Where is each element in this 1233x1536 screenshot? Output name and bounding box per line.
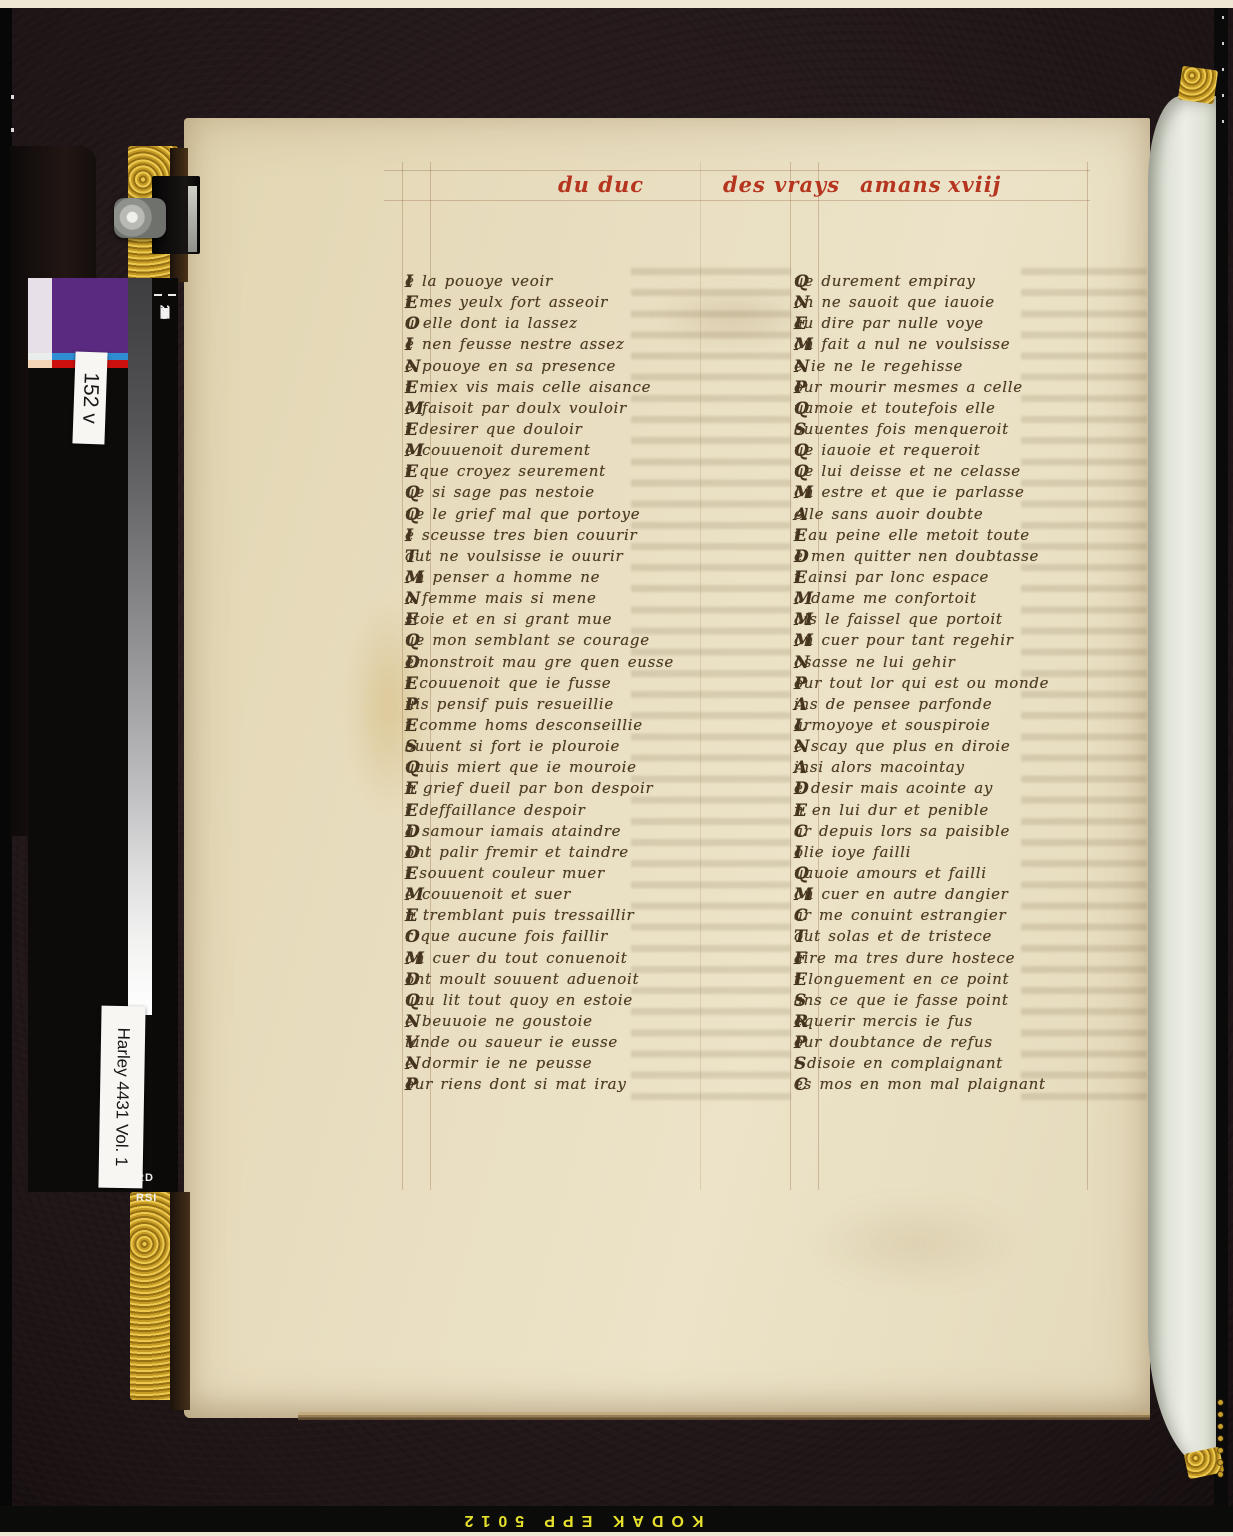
- line-text: a samour iamais ataindre: [405, 822, 621, 840]
- manuscript-line: Que le grief mal que portoye: [405, 505, 735, 526]
- line-text: uis pensif puis resueillie: [405, 695, 614, 713]
- manuscript-line: Et comme homs desconseillie: [405, 716, 735, 737]
- line-text: ont palir fremir et taindre: [405, 843, 629, 861]
- manuscript-line: Ie la pouoye veoir: [405, 272, 735, 293]
- line-text: e la pouoye veoir: [405, 272, 553, 290]
- line-text: ue lui deisse et ne celasse: [794, 462, 1021, 480]
- gilt-dot: [1218, 1460, 1223, 1465]
- film-stock-label: KODAK EPP 5012: [370, 1508, 790, 1532]
- line-text: ins de pensee parfonde: [794, 695, 992, 713]
- text-column-left: Ie la pouoye veoirEt mes yeulx fort asse…: [405, 272, 735, 1098]
- gilt-dot: [1218, 1448, 1223, 1453]
- page-edge-stack: [298, 1412, 1150, 1428]
- manuscript-line: Que durement empiray: [794, 272, 1124, 293]
- manuscript-line: Et desirer que douloir: [405, 420, 735, 441]
- manuscript-line: Or que aucune fois faillir: [405, 927, 735, 948]
- manuscript-line: En en lui dur et penible: [794, 801, 1124, 822]
- manuscript-line: Tout solas et de tristece: [794, 927, 1124, 948]
- line-text: t couuenoit que ie fusse: [405, 674, 611, 692]
- line-text: es mos en mon mal plaignant: [794, 1075, 1046, 1093]
- manuscript-line: Que iauoie et requeroit: [794, 441, 1124, 462]
- manuscript-line: Ces mos en mon mal plaignant: [794, 1075, 1124, 1096]
- manuscript-line: De desir mais acointe ay: [794, 779, 1124, 800]
- gilt-dot: [1218, 1400, 1223, 1405]
- manuscript-line: Estoie et en si grant mue: [405, 610, 735, 631]
- manuscript-line: Ains de pensee parfonde: [794, 695, 1124, 716]
- line-text: ue durement empiray: [794, 272, 976, 290]
- folio-number-text: 152 v: [77, 372, 103, 424]
- ruler-number: 25: [158, 304, 173, 318]
- line-text: e faisoit par doulx vouloir: [405, 399, 627, 417]
- line-text: emonstroit mau gre quen eusse: [405, 653, 674, 671]
- manuscript-line: Ainsi alors macointay: [794, 758, 1124, 779]
- text-column-right: Que durement empirayNon ne sauoit que ia…: [794, 272, 1124, 1098]
- manuscript-line: Me couuenoit et suer: [405, 885, 735, 906]
- line-text: t longuement en ce point: [794, 970, 1009, 988]
- gutter-shadow-bottom: [170, 1192, 190, 1410]
- line-text: our doubtance de refus: [794, 1033, 993, 1051]
- manuscript-line: Et que croyez seurement: [405, 462, 735, 483]
- manuscript-line: Ne dormir ie ne peusse: [405, 1054, 735, 1075]
- line-text: e dormir ie ne peusse: [405, 1054, 592, 1072]
- manuscript-line: Et miex vis mais celle aisance: [405, 378, 735, 399]
- line-text: e beuuoie ne goustoie: [405, 1012, 593, 1030]
- line-text: ue le grief mal que portoye: [405, 505, 640, 523]
- manuscript-line: Pour doubtance de refus: [794, 1033, 1124, 1054]
- gilt-dot: [1218, 1424, 1223, 1429]
- line-text: n tremblant puis tressaillir: [405, 906, 634, 924]
- line-text: a femme mais si mene: [405, 589, 597, 607]
- manuscript-line: Non ne sauoit que iauoie: [794, 293, 1124, 314]
- manuscript-line: Dont palir fremir et taindre: [405, 843, 735, 864]
- manuscript-line: En tremblant puis tressaillir: [405, 906, 735, 927]
- film-marks-right: [1222, 16, 1224, 128]
- manuscript-line: Larmoyoye et souspiroie: [794, 716, 1124, 737]
- line-text: ue si sage pas nestoie: [405, 483, 595, 501]
- line-text: n en lui dur et penible: [794, 801, 989, 819]
- line-text: armoyoye et souspiroie: [794, 716, 990, 734]
- manuscript-line: Ne beuuoie ne goustoie: [405, 1012, 735, 1033]
- line-text: uamoie et toutefois elle: [794, 399, 996, 417]
- manuscript-line: En grief dueil par bon despoir: [405, 779, 735, 800]
- manuscript-line: Mon cuer en autre dangier: [794, 885, 1124, 906]
- line-text: elle sans auoir doubte: [794, 505, 983, 523]
- line-text: r que aucune fois faillir: [405, 927, 608, 945]
- manuscript-line: Ie sceusse tres bien couurir: [405, 526, 735, 547]
- color-calibration-bar: 1234567891011121314151617181920212223242…: [28, 278, 178, 1192]
- ruling-line-horizontal: [384, 170, 1090, 171]
- manuscript-line: Quau lit tout quoy en estoie: [405, 991, 735, 1012]
- line-text: t que croyez seurement: [405, 462, 606, 480]
- facing-folios-edge: [1148, 96, 1216, 1472]
- manuscript-page: du ducdes vraysamansxviij Ie la pouoye v…: [184, 118, 1150, 1418]
- line-text: on estre et que ie parlasse: [794, 483, 1025, 501]
- line-text: ue mon semblant se courage: [405, 631, 650, 649]
- line-text: stoie et en si grant mue: [405, 610, 612, 628]
- line-text: au dire par nulle voye: [794, 314, 984, 332]
- manuscript-line: Que mon semblant se courage: [405, 631, 735, 652]
- manuscript-line: Ne pouoye en sa presence: [405, 357, 735, 378]
- shelfmark-text: Harley 4431 Vol. 1: [111, 1027, 133, 1166]
- manuscript-line: Pour riens dont si mat iray: [405, 1075, 735, 1096]
- line-text: aire ma tres dure hostece: [794, 949, 1015, 967]
- shelfmark-label: Harley 4431 Vol. 1: [98, 1006, 145, 1189]
- ruling-line-vertical: [402, 162, 403, 1190]
- line-text: on penser a homme ne: [405, 568, 600, 586]
- line-text: uauoie amours et failli: [794, 864, 987, 882]
- line-text: our tout lor qui est ou monde: [794, 674, 1049, 692]
- manuscript-line: Car me conuint estrangier: [794, 906, 1124, 927]
- line-text: t souuent couleur muer: [405, 864, 605, 882]
- manuscript-line: Requerir mercis ie fus: [794, 1012, 1124, 1033]
- line-text: out solas et de tristece: [794, 927, 992, 945]
- line-text: our mourir mesmes a celle: [794, 378, 1023, 396]
- gray-gradient-strip: [128, 278, 152, 1015]
- manuscript-line: Pour tout lor qui est ou monde: [794, 674, 1124, 695]
- manuscript-line: Et mes yeulx fort asseoir: [405, 293, 735, 314]
- line-text: t miex vis mais celle aisance: [405, 378, 651, 396]
- line-text: ais le faissel que portoit: [794, 610, 1003, 628]
- manuscript-line: Souuentes fois menqueroit: [794, 420, 1124, 441]
- manuscript-line: Na femme mais si mene: [405, 589, 735, 610]
- color-patch: [52, 278, 128, 353]
- line-text: n grief dueil par bon despoir: [405, 779, 653, 797]
- line-text: e men quitter nen doubtasse: [794, 547, 1039, 565]
- manuscript-line: Quauoie amours et failli: [794, 864, 1124, 885]
- line-text: e sceusse tres bien couurir: [405, 526, 637, 544]
- line-text: e ie ne le regehisse: [794, 357, 963, 375]
- line-text: t mes yeulx fort asseoir: [405, 293, 608, 311]
- manuscript-line: De men quitter nen doubtasse: [794, 547, 1124, 568]
- manuscript-line: Que lui deisse et ne celasse: [794, 462, 1124, 483]
- manuscript-line: Ma dame me confortoit: [794, 589, 1124, 610]
- manuscript-line: Et deffaillance despoir: [405, 801, 735, 822]
- line-text: uauis miert que ie mouroie: [405, 758, 637, 776]
- binder-clip: [114, 198, 166, 238]
- manuscript-line: Si disoie en complaignant: [794, 1054, 1124, 1075]
- manuscript-line: Eau dire par nulle voye: [794, 314, 1124, 335]
- gilt-dot: [1218, 1412, 1223, 1417]
- manuscript-line: Et couuenoit que ie fusse: [405, 674, 735, 695]
- manuscript-line: Mon fait a nul ne voulsisse: [794, 335, 1124, 356]
- manuscript-line: Mon estre et que ie parlasse: [794, 483, 1124, 504]
- manuscript-line: Quauis miert que ie mouroie: [405, 758, 735, 779]
- header-rubric-2: amans: [860, 172, 942, 202]
- manuscript-line: Et longuement en ce point: [794, 970, 1124, 991]
- ruler-scale: 1234567891011121314151617181920212223242…: [152, 278, 178, 1192]
- manuscript-line: Ie nen feusse nestre assez: [405, 335, 735, 356]
- line-text: on cuer pour tant regehir: [794, 631, 1014, 649]
- line-text: out ne voulsisse ie ouurir: [405, 547, 623, 565]
- header-rubric-1: des vrays: [723, 172, 840, 202]
- manuscript-line: Et ainsi par lonc espace: [794, 568, 1124, 589]
- parchment-stain: [804, 1198, 1024, 1288]
- line-text: t deffaillance despoir: [405, 801, 586, 819]
- manuscript-line: Puis pensif puis resueillie: [405, 695, 735, 716]
- manuscript-line: Ou elle dont ia lassez: [405, 314, 735, 335]
- manuscript-line: Souuent si fort ie plouroie: [405, 737, 735, 758]
- manuscript-line: Aelle sans auoir doubte: [794, 505, 1124, 526]
- line-text: on fait a nul ne voulsisse: [794, 335, 1010, 353]
- manuscript-line: Ne scay que plus en diroie: [794, 737, 1124, 758]
- manuscript-line: Et au peine elle metoit toute: [794, 526, 1124, 547]
- line-text: t comme homs desconseillie: [405, 716, 643, 734]
- manuscript-line: Mon cuer pour tant regehir: [794, 631, 1124, 652]
- manuscript-line: Iolie ioye failli: [794, 843, 1124, 864]
- manuscript-line: Dont moult souuent aduenoit: [405, 970, 735, 991]
- line-text: e pouoye en sa presence: [405, 357, 616, 375]
- manuscript-photograph: du ducdes vraysamansxviij Ie la pouoye v…: [0, 0, 1233, 1536]
- line-text: olie ioye failli: [794, 843, 911, 861]
- line-text: ouuentes fois menqueroit: [794, 420, 1009, 438]
- ruling-line-vertical: [790, 162, 791, 1190]
- manuscript-line: Demonstroit mau gre quen eusse: [405, 653, 735, 674]
- line-text: a dame me confortoit: [794, 589, 977, 607]
- line-text: ont moult souuent aduenoit: [405, 970, 639, 988]
- line-text: ar me conuint estrangier: [794, 906, 1006, 924]
- manuscript-line: Mais le faissel que portoit: [794, 610, 1124, 631]
- gilt-fleck-top-right: [1178, 66, 1218, 105]
- ruler-tick: 25: [152, 294, 178, 329]
- manuscript-line: Car depuis lors sa paisible: [794, 822, 1124, 843]
- line-text: on cuer du tout conuenoit: [405, 949, 628, 967]
- manuscript-line: Nosasse ne lui gehir: [794, 653, 1124, 674]
- header-rubric-3: xviij: [948, 172, 1001, 202]
- line-text: ans ce que ie fasse point: [794, 991, 1009, 1009]
- manuscript-line: Tout ne voulsisse ie ouurir: [405, 547, 735, 568]
- line-text: uau lit tout quoy en estoie: [405, 991, 633, 1009]
- line-text: u elle dont ia lassez: [405, 314, 578, 332]
- film-edge-right: [1214, 8, 1228, 1506]
- line-text: t au peine elle metoit toute: [794, 526, 1030, 544]
- line-text: ue iauoie et requeroit: [794, 441, 980, 459]
- line-text: i disoie en complaignant: [794, 1054, 1003, 1072]
- line-text: e desir mais acointe ay: [794, 779, 993, 797]
- line-text: iande ou saueur ie eusse: [405, 1033, 618, 1051]
- line-text: e couuenoit et suer: [405, 885, 571, 903]
- manuscript-line: Quamoie et toutefois elle: [794, 399, 1124, 420]
- line-text: ouuent si fort ie plouroie: [405, 737, 620, 755]
- header-rubric-0: du duc: [558, 172, 644, 202]
- manuscript-line: Da samour iamais ataindre: [405, 822, 735, 843]
- manuscript-line: Mon penser a homme ne: [405, 568, 735, 589]
- manuscript-line: Me couuenoit durement: [405, 441, 735, 462]
- line-text: e nen feusse nestre assez: [405, 335, 624, 353]
- line-text: equerir mercis ie fus: [794, 1012, 973, 1030]
- folio-number-label: 152 v: [72, 351, 107, 444]
- manuscript-line: Me faisoit par doulx vouloir: [405, 399, 735, 420]
- line-text: insi alors macointay: [794, 758, 965, 776]
- manuscript-line: Pour mourir mesmes a celle: [794, 378, 1124, 399]
- line-text: e couuenoit durement: [405, 441, 591, 459]
- manuscript-line: Sans ce que ie fasse point: [794, 991, 1124, 1012]
- manuscript-line: Mon cuer du tout conuenoit: [405, 949, 735, 970]
- line-text: ar depuis lors sa paisible: [794, 822, 1010, 840]
- line-text: our riens dont si mat iray: [405, 1075, 627, 1093]
- clip-metal-sliver: [188, 186, 197, 252]
- manuscript-line: Viande ou saueur ie eusse: [405, 1033, 735, 1054]
- manuscript-line: Et souuent couleur muer: [405, 864, 735, 885]
- line-text: osasse ne lui gehir: [794, 653, 955, 671]
- gilt-dot: [1218, 1472, 1223, 1477]
- line-text: e scay que plus en diroie: [794, 737, 1010, 755]
- line-text: on cuer en autre dangier: [794, 885, 1009, 903]
- color-patch: [28, 278, 52, 353]
- line-text: on ne sauoit que iauoie: [794, 293, 995, 311]
- line-text: t ainsi par lonc espace: [794, 568, 989, 586]
- gilt-dot: [1218, 1436, 1223, 1441]
- line-text: t desirer que douloir: [405, 420, 582, 438]
- manuscript-line: Ne ie ne le regehisse: [794, 357, 1124, 378]
- manuscript-line: Que si sage pas nestoie: [405, 483, 735, 504]
- manuscript-line: Faire ma tres dure hostece: [794, 949, 1124, 970]
- light-patch-column: [28, 278, 52, 1001]
